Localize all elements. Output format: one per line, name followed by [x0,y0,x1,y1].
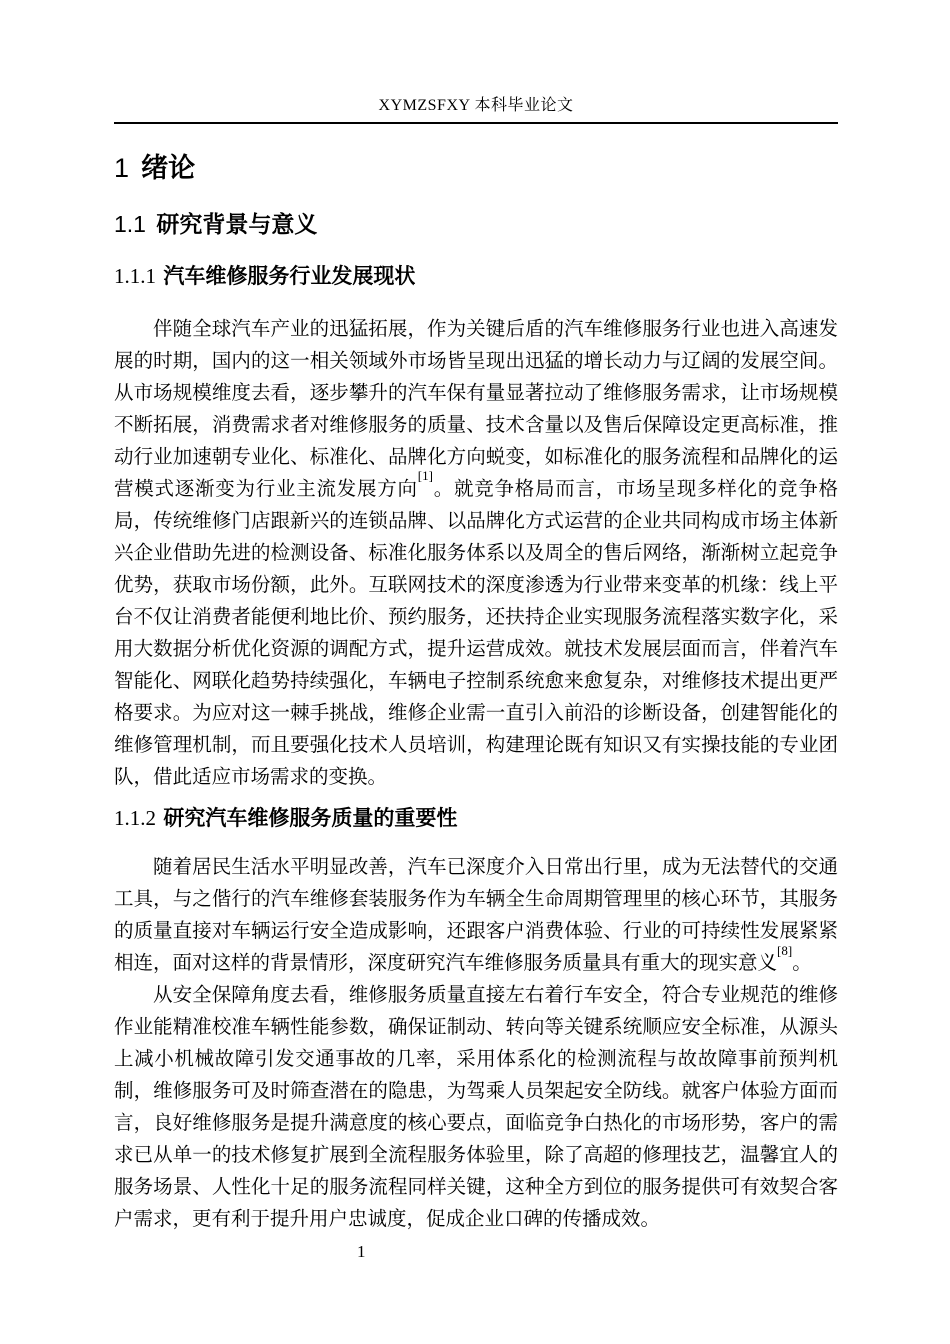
paragraph-1-text-a: 伴随全球汽车产业的迅猛拓展，作为关键后盾的汽车维修服务行业也进入高速发展的时期，… [114,319,838,500]
section-number: 1.1 [114,211,146,237]
page-footer: 1 [0,1243,950,1262]
paragraph-2-text-a: 随着居民生活水平明显改善，汽车已深度介入日常出行里，成为无法替代的交通工具，与之… [114,857,838,974]
page-number: 1 [357,1243,366,1260]
section-heading: 1.1研究背景与意义 [114,212,838,237]
paragraph-2: 随着居民生活水平明显改善，汽车已深度介入日常出行里，成为无法替代的交通工具，与之… [114,852,838,980]
paragraph-2-text-b: 。 [792,953,812,974]
paragraph-1-text-b: 。就竞争格局而言，市场呈现多样化的竞争格局，传统维修门店跟新兴的连锁品牌、以品牌… [114,479,838,788]
page-header: XYMZSFXY 本科毕业论文 [114,98,838,124]
subsection-2-title: 研究汽车维修服务质量的重要性 [163,807,457,830]
chapter-title: 绪论 [141,153,195,183]
chapter-heading: 1绪论 [114,154,838,183]
paragraph-3-text: 从安全保障角度去看，维修服务质量直接左右着行车安全，符合专业规范的维修作业能精准… [114,985,838,1230]
document-page: XYMZSFXY 本科毕业论文 1绪论 1.1研究背景与意义 1.1.1汽车维修… [0,0,950,1344]
page-header-title: XYMZSFXY 本科毕业论文 [379,97,574,114]
citation-ref-1: [1] [418,468,433,483]
paragraph-1: 伴随全球汽车产业的迅猛拓展，作为关键后盾的汽车维修服务行业也进入高速发展的时期，… [114,314,838,794]
subsection-heading-1: 1.1.1汽车维修服务行业发展现状 [114,265,838,289]
chapter-number: 1 [114,153,129,183]
subsection-2-number: 1.1.2 [114,806,156,830]
section-title: 研究背景与意义 [156,211,317,237]
paragraph-3: 从安全保障角度去看，维修服务质量直接左右着行车安全，符合专业规范的维修作业能精准… [114,980,838,1236]
citation-ref-8: [8] [777,943,792,958]
subsection-1-number: 1.1.1 [114,264,156,288]
subsection-heading-2: 1.1.2研究汽车维修服务质量的重要性 [114,807,838,831]
text-column: XYMZSFXY 本科毕业论文 1绪论 1.1研究背景与意义 1.1.1汽车维修… [114,98,838,1236]
subsection-1-title: 汽车维修服务行业发展现状 [163,265,415,288]
